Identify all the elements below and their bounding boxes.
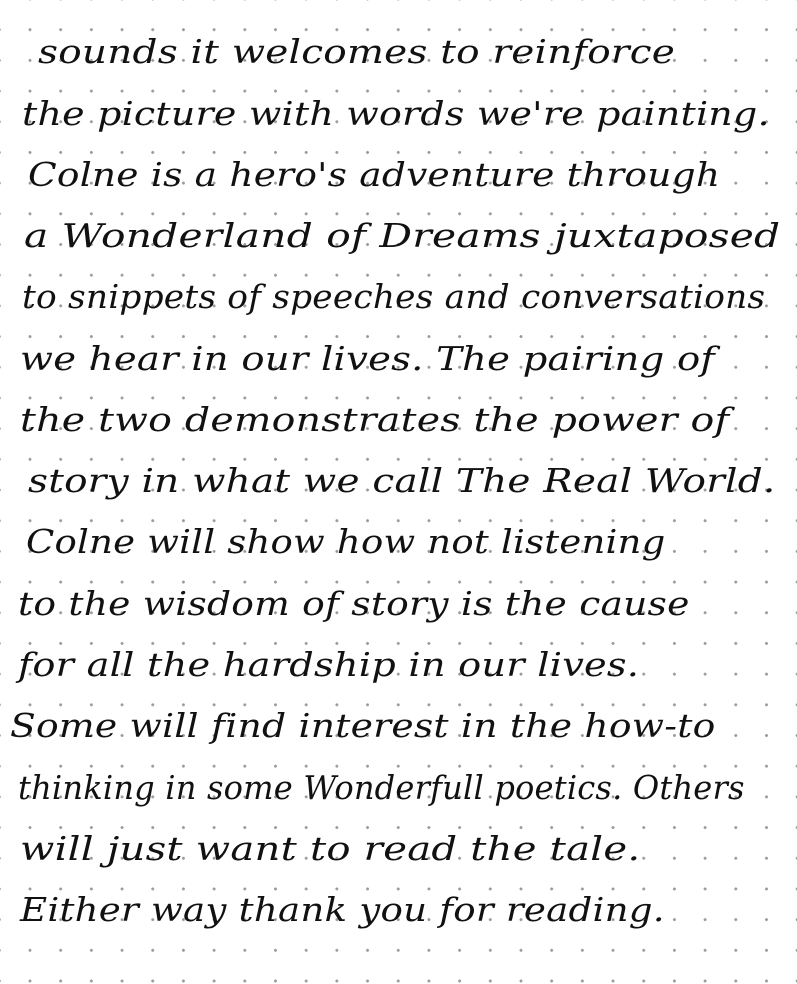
handwritten-line-15: Either way thank you for reading. (20, 890, 665, 930)
handwritten-line-4: a Wonderland of Dreams juxtaposed (24, 216, 780, 256)
handwritten-line-8: story in what we call The Real World. (28, 461, 776, 501)
handwritten-line-3: Colne is a hero's adventure through (28, 155, 720, 195)
handwritten-line-10: to the wisdom of story is the cause (18, 584, 690, 624)
handwritten-line-2: the picture with words we're painting. (22, 94, 770, 134)
dot-grid-page: sounds it welcomes to reinforce the pict… (0, 0, 797, 984)
handwritten-line-11: for all the hardship in our lives. (18, 645, 639, 685)
handwritten-line-1: sounds it welcomes to reinforce (38, 32, 675, 72)
handwritten-line-7: the two demonstrates the power of (20, 400, 729, 440)
handwritten-line-14: will just want to read the tale. (20, 829, 640, 869)
handwritten-line-5: to snippets of speeches and conversation… (22, 277, 765, 317)
handwritten-line-12: Some will find interest in the how-to (10, 706, 715, 746)
handwritten-line-9: Colne will show how not listening (26, 522, 666, 562)
handwritten-line-6: we hear in our lives. The pairing of (20, 339, 715, 379)
handwritten-line-13: thinking in some Wonderfull poetics. Oth… (18, 768, 745, 808)
